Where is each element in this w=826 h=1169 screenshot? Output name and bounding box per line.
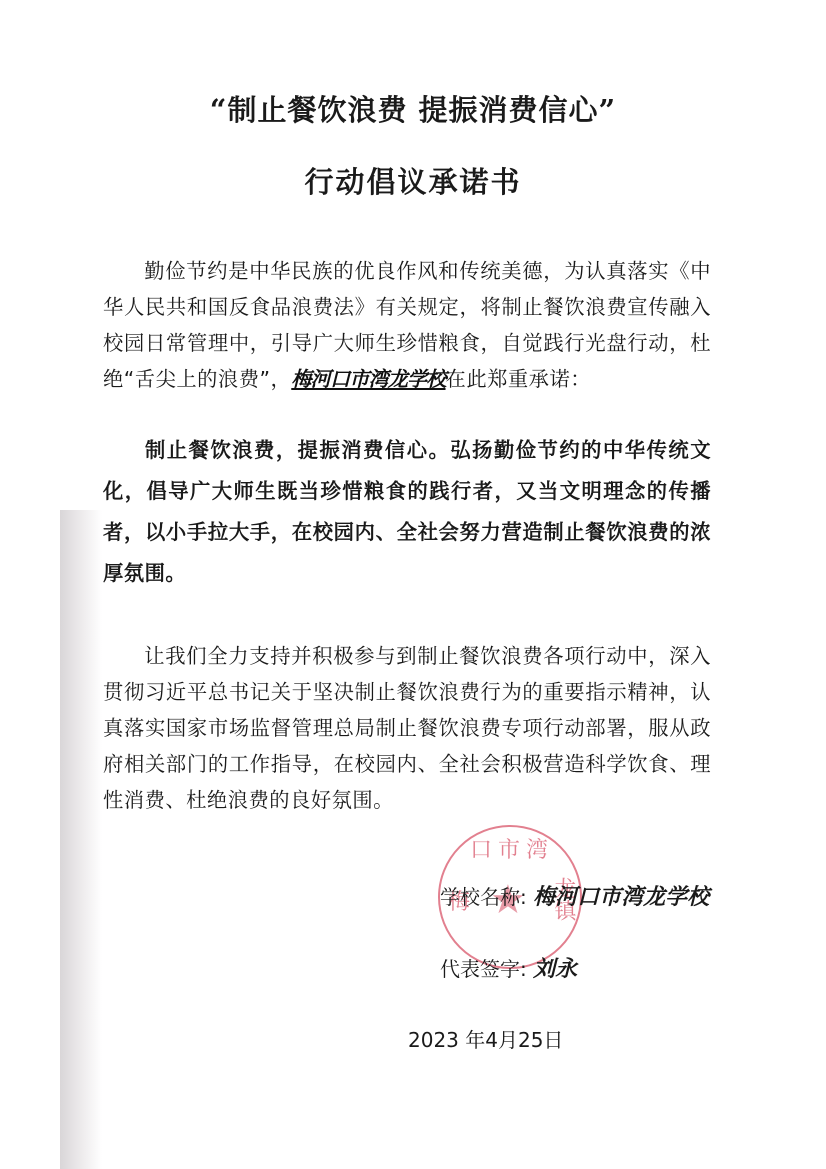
representative-row: 代表签字: 刘永 (440, 952, 577, 983)
representative-label: 代表签字: (440, 957, 527, 981)
paragraph-action: 让我们全力支持并积极参与到制止餐饮浪费各项行动中，深入贯彻习近平总书记关于坚决制… (103, 638, 711, 818)
commitment-text: 制止餐饮浪费，提振消费信心。弘扬勤俭节约的中华传统文化，倡导广大师生既当珍惜粮食… (103, 438, 711, 585)
seal-text-top: 口市湾 (470, 833, 554, 864)
paragraph-intro: 勤俭节约是中华民族的优良作风和传统美德，为认真落实《中华人民共和国反食品浪费法》… (103, 253, 711, 397)
school-name-label: 学校名称: (440, 885, 527, 909)
scan-shadow (60, 510, 102, 1169)
representative-signature: 刘永 (533, 956, 577, 982)
handwritten-school-name: 梅河口市湾龙学校 (291, 367, 445, 391)
intro-text-end: 在此郑重承诺： (446, 367, 591, 391)
action-text: 让我们全力支持并积极参与到制止餐饮浪费各项行动中，深入贯彻习近平总书记关于坚决制… (103, 644, 711, 812)
paragraph-commitment: 制止餐饮浪费，提振消费信心。弘扬勤俭节约的中华传统文化，倡导广大师生既当珍惜粮食… (103, 430, 711, 594)
document-date: 2023 年4月25日 (408, 1024, 563, 1053)
document-title-line2: 行动倡议承诺书 (0, 160, 826, 201)
school-name-signature: 梅河口市湾龙学校 (533, 884, 709, 910)
school-name-row: 学校名称: 梅河口市湾龙学校 (440, 880, 709, 911)
document-title-line1: “制止餐饮浪费 提振消费信心” (0, 88, 826, 129)
